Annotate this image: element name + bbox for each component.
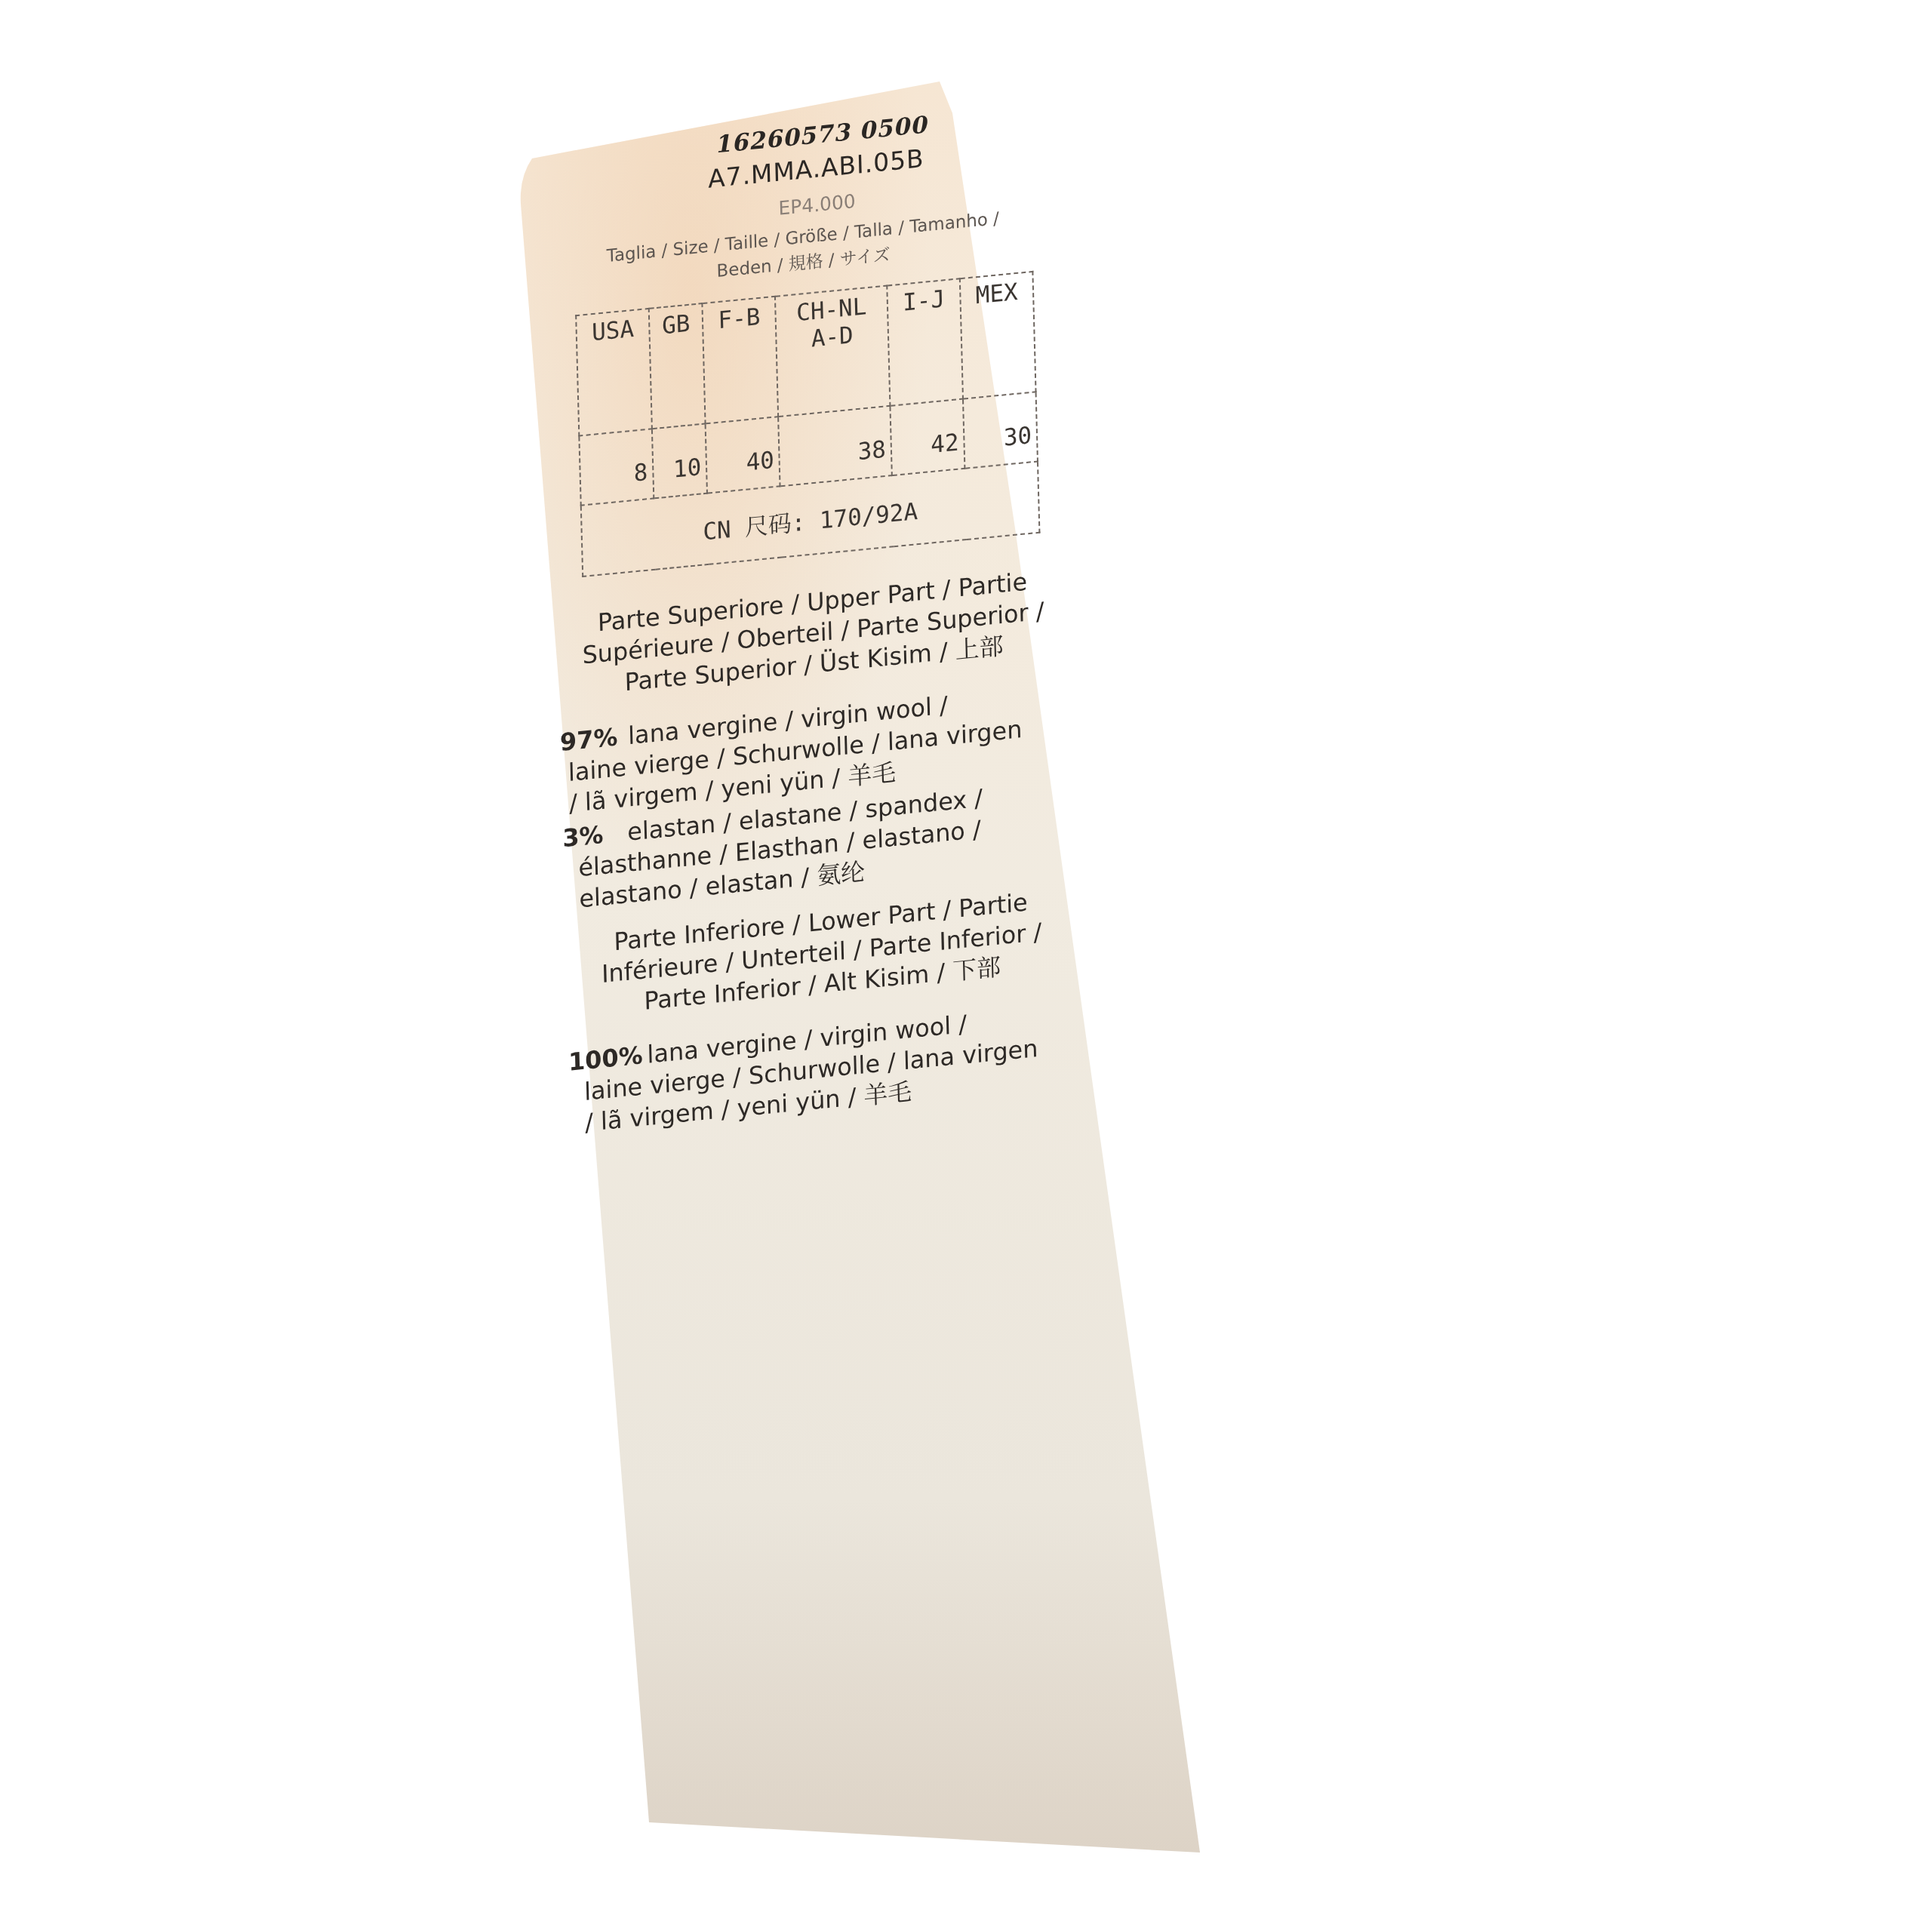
size-header-fb: F-B <box>703 297 779 424</box>
size-value-usa: 8 <box>579 429 654 505</box>
lower-wool-percent: 100% <box>568 1041 643 1077</box>
size-header-ch-nl-a-d: CH-NLA-D <box>775 286 890 417</box>
elastane-percent: 3% <box>562 820 604 853</box>
size-value-ch-nl-a-d: 38 <box>778 406 891 486</box>
size-header-usa: USA <box>576 309 652 436</box>
size-value-gb: 10 <box>652 423 707 498</box>
size-header-mex: MEX <box>960 272 1036 399</box>
wool-percent: 97% <box>560 722 618 756</box>
size-value-fb: 40 <box>706 417 780 493</box>
size-value-mex: 30 <box>963 392 1038 468</box>
size-header-ij: I-J <box>887 278 963 406</box>
size-header-gb: GB <box>649 303 706 429</box>
size-conversion-table: USA GB F-B CH-NLA-D I-J MEX 8 10 40 38 4… <box>575 271 1040 577</box>
care-label-text: 16260573 0500 A7.MMA.ABI.05B EP4.000 Tag… <box>528 54 1097 1142</box>
size-value-ij: 42 <box>890 399 964 475</box>
